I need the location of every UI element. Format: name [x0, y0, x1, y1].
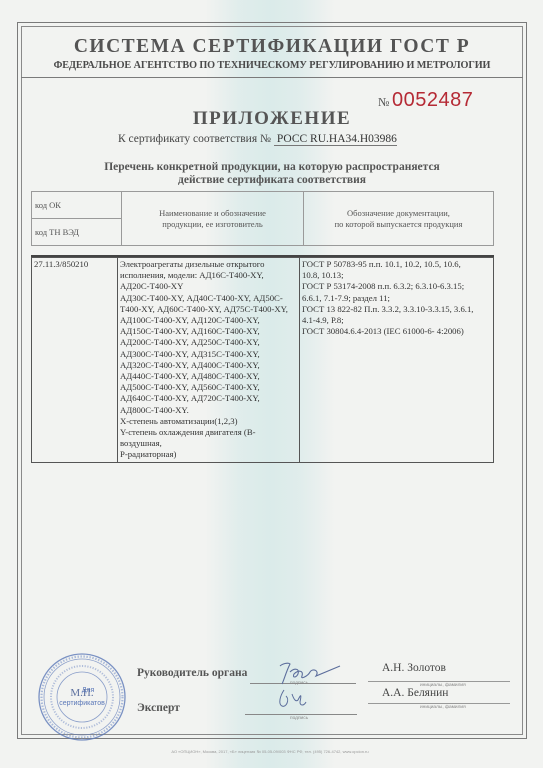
header-docs-line-2: по которой выпускается продукция: [307, 219, 490, 230]
print-info: АО «ОПЦИОН», Москва, 2017, «Б» лицензия …: [150, 749, 390, 754]
agency-name: ФЕДЕРАЛЬНОЕ АГЕНТСТВО ПО ТЕХНИЧЕСКОМУ РЕ…: [21, 60, 523, 71]
product-line: Т400-XY, АД60С-Т400-XY, АД75С-Т400-XY,: [120, 304, 297, 315]
docs-line: ГОСТ 13 822-82 П.п. 3.3.2, 3.3.10-3.3.15…: [302, 304, 491, 315]
docs-line: ГОСТ 30804.6.4-2013 (IEC 61000-6- 4:2006…: [302, 326, 491, 337]
docs-line: ГОСТ Р 53174-2008 п.п. 6.3.2; 6.3.10-6.3…: [302, 281, 491, 292]
certificate-label: К сертификату соответствия №: [118, 133, 271, 145]
expert-label: Эксперт: [137, 702, 180, 714]
head-name: А.Н. Золотов: [382, 662, 446, 674]
product-line: АД150С-Т400-XY, АД160С-Т400-XY,: [120, 326, 297, 337]
product-line: АД200С-Т400-XY, АД250С-Т400-XY,: [120, 337, 297, 348]
expert-name: А.А. Белянин: [382, 687, 448, 699]
products-table: 27.11.3/850210 Электроагрегаты дизельные…: [31, 255, 494, 463]
row-docs: ГОСТ Р 50783-95 п.п. 10.1, 10.2, 10.5, 1…: [300, 258, 494, 463]
docs-line: 4.1-4.9, Р.8;: [302, 315, 491, 326]
head-name-line: [368, 681, 510, 682]
header-code-tn: код ТН ВЭД: [32, 219, 122, 246]
table-header: код ОК Наименование и обозначение продук…: [31, 191, 494, 246]
table-row: 27.11.3/850210 Электроагрегаты дизельные…: [32, 258, 494, 463]
product-line: Y-степень охлаждения двигателя (В-: [120, 427, 297, 438]
header-product-line-1: Наименование и обозначение: [125, 208, 300, 219]
header-docs-line-1: Обозначение документации,: [307, 208, 490, 219]
signature-scribble: [260, 658, 350, 718]
product-line: АД320С-Т400-XY, АД400С-Т400-XY,: [120, 360, 297, 371]
product-line: АД500С-Т400-XY, АД560С-Т400-XY,: [120, 382, 297, 393]
row-code: 27.11.3/850210: [32, 258, 118, 463]
docs-line: 6.6.1, 7.1-7.9; раздел 11;: [302, 293, 491, 304]
appendix-title: ПРИЛОЖЕНИЕ: [21, 108, 523, 130]
header-product: Наименование и обозначение продукции, ее…: [122, 192, 304, 246]
certificate-reference: К сертификату соответствия № РОСС RU.НА3…: [118, 133, 397, 146]
stamp-text-2: сертификатов: [59, 700, 105, 707]
product-line: Электроагрегаты дизельные открытого: [120, 259, 297, 270]
product-line: X-степень автоматизации(1,2,3): [120, 416, 297, 427]
product-line: исполнения, модели: АД16С-Т400-XY,: [120, 270, 297, 281]
expert-name-caption: инициалы, фамилия: [420, 705, 466, 710]
list-title-line-2: действие сертификата соответствия: [21, 174, 523, 187]
row-product: Электроагрегаты дизельные открытогоиспол…: [118, 258, 300, 463]
header-product-line-2: продукции, ее изготовитель: [125, 219, 300, 230]
product-line: воздушная,: [120, 438, 297, 449]
product-line: АД440С-Т400-XY, АД480С-Т400-XY,: [120, 371, 297, 382]
list-title: Перечень конкретной продукции, на котору…: [21, 161, 523, 187]
system-title: СИСТЕМА СЕРТИФИКАЦИИ ГОСТ Р: [21, 36, 523, 58]
docs-line: ГОСТ Р 50783-95 п.п. 10.1, 10.2, 10.5, 1…: [302, 259, 491, 270]
docs-line: 10.8, 10.13;: [302, 270, 491, 281]
header-code-ok: код ОК: [32, 192, 122, 219]
product-line: АД100С-Т400-XY, АД120С-Т400-XY,: [120, 315, 297, 326]
product-line: АД20С-Т400-XY: [120, 281, 297, 292]
product-line: АД300С-Т400-XY, АД315С-Т400-XY,: [120, 349, 297, 360]
list-title-line-1: Перечень конкретной продукции, на котору…: [21, 161, 523, 174]
certificate-number: РОСС RU.НА34.Н03986: [274, 133, 397, 146]
product-line: АД30С-Т400-XY, АД40С-Т400-XY, АД50С-: [120, 293, 297, 304]
head-label: Руководитель органа: [137, 667, 247, 679]
header-docs: Обозначение документации, по которой вып…: [304, 192, 494, 246]
product-line: АД800С-Т400-XY.: [120, 405, 297, 416]
number-sign: №: [378, 95, 390, 109]
expert-name-line: [368, 703, 510, 704]
stamp-text-1: Для: [82, 687, 95, 694]
round-stamp: М.П. Для сертификатов: [37, 652, 127, 742]
product-line: АД640С-Т400-XY, АД720С-Т400-XY,: [120, 393, 297, 404]
product-line: Р-радиаторная): [120, 449, 297, 460]
header-divider: [21, 77, 523, 78]
